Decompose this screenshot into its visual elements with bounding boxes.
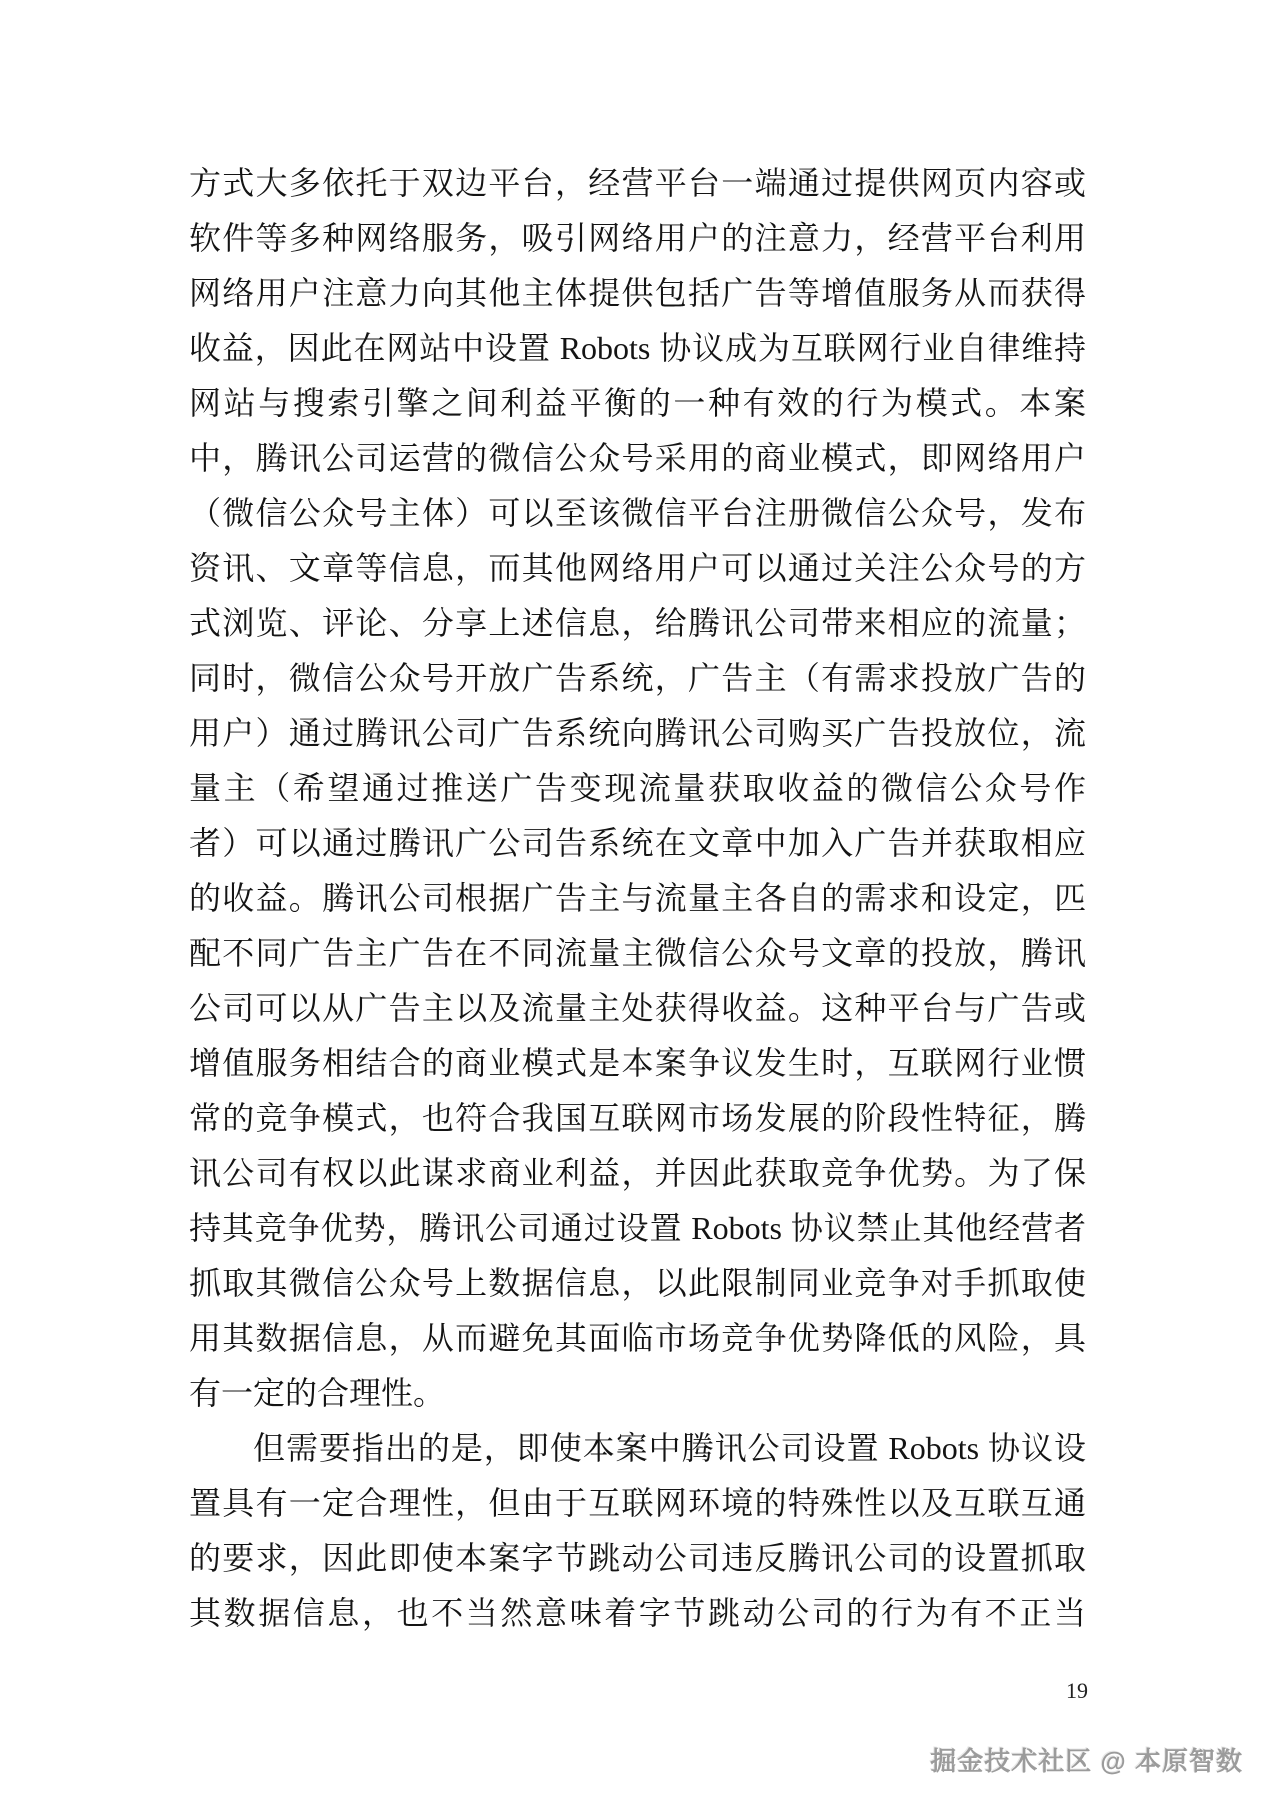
text-line: 讯公司有权以此谋求商业利益，并因此获取竞争优势。为了保 [189, 1146, 1086, 1201]
text-line: 用户）通过腾讯公司广告系统向腾讯公司购买广告投放位，流 [189, 706, 1086, 761]
text-line: 抓取其微信公众号上数据信息，以此限制同业竞争对手抓取使 [189, 1256, 1086, 1311]
text-line: 配不同广告主广告在不同流量主微信公众号文章的投放，腾讯 [189, 926, 1086, 981]
text-line: （微信公众号主体）可以至该微信平台注册微信公众号，发布 [189, 486, 1086, 541]
text-line: 置具有一定合理性，但由于互联网环境的特殊性以及互联互通 [189, 1476, 1086, 1531]
text-line: 常的竞争模式，也符合我国互联网市场发展的阶段性特征，腾 [189, 1091, 1086, 1146]
document-body: 方式大多依托于双边平台，经营平台一端通过提供网页内容或软件等多种网络服务，吸引网… [189, 156, 1086, 1641]
text-line: 的要求，因此即使本案字节跳动公司违反腾讯公司的设置抓取 [189, 1531, 1086, 1586]
text-line: 式浏览、评论、分享上述信息，给腾讯公司带来相应的流量； [189, 596, 1086, 651]
page-number: 19 [1047, 1678, 1107, 1704]
text-line: 收益，因此在网站中设置 Robots 协议成为互联网行业自律维持 [189, 321, 1086, 376]
text-line: 持其竞争优势，腾讯公司通过设置 Robots 协议禁止其他经营者 [189, 1201, 1086, 1256]
text-line: 公司可以从广告主以及流量主处获得收益。这种平台与广告或 [189, 981, 1086, 1036]
text-line: 其数据信息，也不当然意味着字节跳动公司的行为有不正当 [189, 1586, 1086, 1641]
text-line: 同时，微信公众号开放广告系统，广告主（有需求投放广告的 [189, 651, 1086, 706]
text-line: 方式大多依托于双边平台，经营平台一端通过提供网页内容或 [189, 156, 1086, 211]
watermark: 掘金技术社区 @ 本原智数 [930, 1741, 1243, 1778]
text-line: 资讯、文章等信息，而其他网络用户可以通过关注公众号的方 [189, 541, 1086, 596]
text-line: 量主（希望通过推送广告变现流量获取收益的微信公众号作 [189, 761, 1086, 816]
text-line: 软件等多种网络服务，吸引网络用户的注意力，经营平台利用 [189, 211, 1086, 266]
text-line: 网络用户注意力向其他主体提供包括广告等增值服务从而获得 [189, 266, 1086, 321]
text-line: 网站与搜索引擎之间利益平衡的一种有效的行为模式。本案 [189, 376, 1086, 431]
text-line: 者）可以通过腾讯广公司告系统在文章中加入广告并获取相应 [189, 816, 1086, 871]
document-page: 方式大多依托于双边平台，经营平台一端通过提供网页内容或软件等多种网络服务，吸引网… [0, 0, 1280, 1810]
text-line: 的收益。腾讯公司根据广告主与流量主各自的需求和设定，匹 [189, 871, 1086, 926]
text-line: 有一定的合理性。 [189, 1366, 1086, 1421]
text-line: 增值服务相结合的商业模式是本案争议发生时，互联网行业惯 [189, 1036, 1086, 1091]
text-line: 但需要指出的是，即使本案中腾讯公司设置 Robots 协议设 [189, 1421, 1086, 1476]
text-line: 用其数据信息，从而避免其面临市场竞争优势降低的风险，具 [189, 1311, 1086, 1366]
text-line: 中，腾讯公司运营的微信公众号采用的商业模式，即网络用户 [189, 431, 1086, 486]
